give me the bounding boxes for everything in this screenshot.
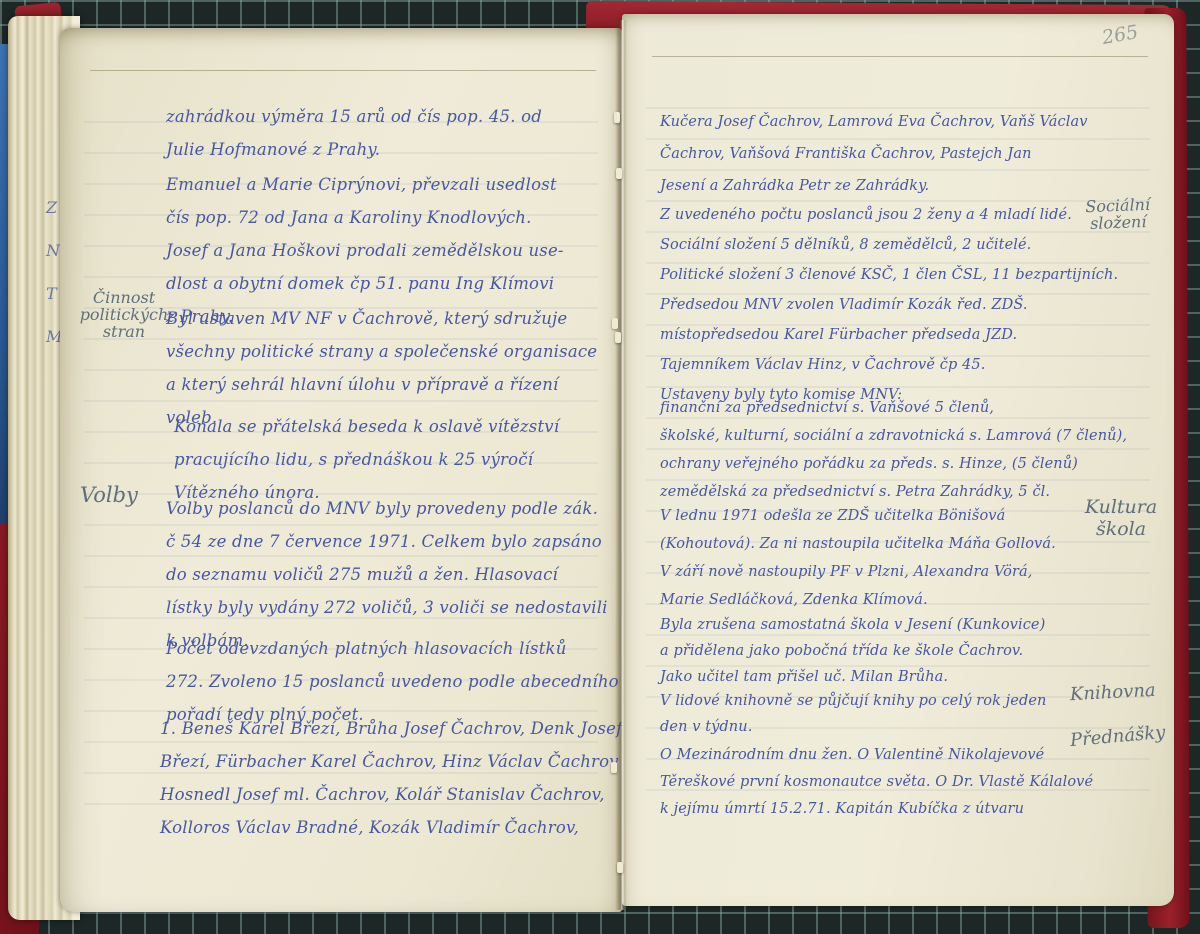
handwritten-line: č 54 ze dne 7 července 1971. Celkem bylo… (166, 525, 608, 558)
binding-stitch (611, 762, 617, 773)
left-page: Činnost politických stran Volby zahrádko… (60, 28, 622, 912)
handwritten-line: dlost a obytní domek čp 51. panu Ing Klí… (166, 267, 564, 300)
handwritten-line: ochrany veřejného pořádku za předs. s. H… (660, 450, 1127, 478)
handwritten-line: do seznamu voličů 275 mužů a žen. Hlasov… (166, 558, 608, 591)
paragraph-left-7: 1. Beneš Karel Březí, Brůha Josef Čachro… (160, 712, 622, 844)
handwritten-line: Předsedou MNV zvolen Vladimír Kozák řed.… (660, 290, 1118, 320)
handwritten-line: školské, kulturní, sociální a zdravotnic… (660, 422, 1127, 450)
handwritten-line: Josef a Jana Hoškovi prodali zemědělskou… (166, 234, 564, 267)
handwritten-line: Kolloros Václav Bradné, Kozák Vladimír Č… (160, 811, 622, 844)
handwritten-line: finanční za předsednictví s. Vaňšové 5 č… (660, 394, 1127, 422)
paragraph-right-6: V lidové knihovně se půjčují knihy po ce… (660, 688, 1046, 740)
handwritten-line: zahrádkou výměra 15 arů od čís pop. 45. … (166, 100, 542, 133)
binding-stitch (612, 318, 618, 329)
handwritten-line: Z uvedeného počtu poslanců jsou 2 ženy a… (660, 200, 1118, 230)
handwritten-line: všechny politické strany a společenské o… (166, 335, 597, 368)
handwritten-line: Jesení a Zahrádka Petr ze Zahrádky. (660, 170, 1088, 202)
handwritten-line: 1. Beneš Karel Březí, Brůha Josef Čachro… (160, 712, 622, 745)
binding-stitch (614, 112, 620, 123)
handwritten-line: Kučera Josef Čachrov, Lamrová Eva Čachro… (660, 106, 1088, 138)
handwritten-line: (Kohoutová). Za ni nastoupila učitelka M… (660, 530, 1056, 558)
handwritten-line: Konala se přátelská beseda k oslavě vítě… (174, 410, 559, 443)
binding-stitch (617, 862, 623, 873)
paragraph-right-5: Byla zrušena samostatná škola v Jesení (… (660, 612, 1045, 690)
handwritten-line: Marie Sedláčková, Zdenka Klímová. (660, 586, 1056, 614)
handwritten-line: Hosnedl Josef ml. Čachrov, Kolář Stanisl… (160, 778, 622, 811)
handwritten-line: Počet odevzdaných platných hlasovacích l… (166, 632, 619, 665)
binding-stitch (615, 332, 621, 343)
handwritten-line: a který sehrál hlavní úlohu v přípravě a… (166, 368, 597, 401)
handwritten-line: Politické složení 3 členové KSČ, 1 člen … (660, 260, 1118, 290)
handwritten-line: Sociální složení 5 dělníků, 8 zemědělců,… (660, 230, 1118, 260)
handwritten-line: Julie Hofmanové z Prahy. (166, 133, 542, 166)
margin-note-knihovna: Knihovna (1070, 682, 1157, 705)
margin-note-volby: Volby (80, 484, 138, 506)
handwritten-line: Tajemníkem Václav Hinz, v Čachrově čp 45… (660, 350, 1118, 380)
handwritten-line: Emanuel a Marie Ciprýnovi, převzali used… (166, 168, 564, 201)
paragraph-right-4: V lednu 1971 odešla ze ZDŠ učitelka Böni… (660, 502, 1056, 614)
handwritten-line: Těreškové první kosmonautce světa. O Dr.… (660, 769, 1093, 796)
paragraph-right-1: Kučera Josef Čachrov, Lamrová Eva Čachro… (660, 106, 1088, 202)
handwritten-line: Byla zrušena samostatná škola v Jesení (… (660, 612, 1045, 638)
handwritten-line: Volby poslanců do MNV byly provedeny pod… (166, 492, 608, 525)
right-page: 265 Sociální složení Kultura škola Kniho… (622, 14, 1174, 906)
handwritten-line: Březí, Fürbacher Karel Čachrov, Hinz Vác… (160, 745, 622, 778)
handwritten-line: k jejímu úmrtí 15.2.71. Kapitán Kubíčka … (660, 796, 1093, 823)
handwritten-line: den v týdnu. (660, 714, 1046, 740)
book-gutter (615, 20, 627, 910)
handwritten-line: V lidové knihovně se půjčují knihy po ce… (660, 688, 1046, 714)
handwritten-line: místopředsedou Karel Fürbacher předseda … (660, 320, 1118, 350)
handwritten-line: V září nově nastoupily PF v Plzni, Alexa… (660, 558, 1056, 586)
binding-stitch (616, 168, 622, 179)
handwritten-line: Jako učitel tam přišel uč. Milan Brůha. (660, 664, 1045, 690)
chronicle-photo: ZNTM Činnost politických stran Volby zah… (0, 0, 1200, 934)
handwritten-line: lístky byly vydány 272 voličů, 3 voliči … (166, 591, 608, 624)
handwritten-line: V lednu 1971 odešla ze ZDŠ učitelka Böni… (660, 502, 1056, 530)
paragraph-right-2: Z uvedeného počtu poslanců jsou 2 ženy a… (660, 200, 1118, 410)
paragraph-right-7: O Mezinárodním dnu žen. O Valentině Niko… (660, 742, 1093, 823)
handwritten-line: a přidělena jako pobočná třída ke škole … (660, 638, 1045, 664)
page-top-rule (652, 56, 1148, 57)
handwritten-line: Byl ustaven MV NF v Čachrově, který sdru… (166, 302, 597, 335)
page-top-rule (90, 70, 596, 71)
handwritten-line: 272. Zvoleno 15 poslanců uvedeno podle a… (166, 665, 619, 698)
margin-note-cinnost-politickych-stran: Činnost politických stran (72, 290, 176, 340)
handwritten-line: čís pop. 72 od Jana a Karoliny Knodlovýc… (166, 201, 564, 234)
page-number: 265 (1100, 21, 1140, 49)
paragraph-left-1: zahrádkou výměra 15 arů od čís pop. 45. … (166, 100, 542, 166)
handwritten-line: Čachrov, Vaňšová Františka Čachrov, Past… (660, 138, 1088, 170)
handwritten-line: O Mezinárodním dnu žen. O Valentině Niko… (660, 742, 1093, 769)
paragraph-right-3: finanční za předsednictví s. Vaňšové 5 č… (660, 394, 1127, 506)
handwritten-line: pracujícího lidu, s přednáškou k 25 výro… (174, 443, 559, 476)
